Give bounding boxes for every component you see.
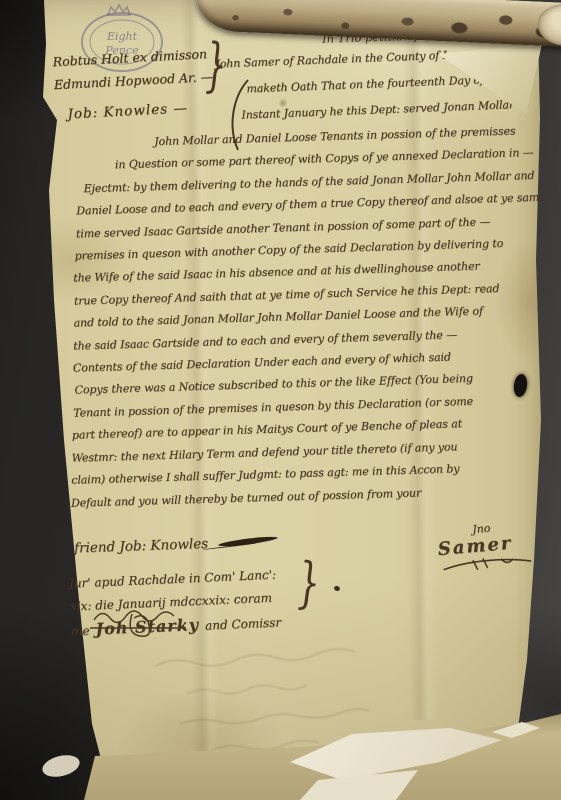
affidavit-body: John Mollar and Daniel Loose Tenants in … xyxy=(58,120,555,515)
jurat-brace: } xyxy=(297,553,320,615)
signature-scribble-flourish xyxy=(88,610,198,640)
underline-flourish xyxy=(217,535,279,548)
roll-end-cap xyxy=(537,3,561,48)
lessor-line: Edmundi Hopwood Ar. — xyxy=(54,69,214,92)
jurat-suffix: and Comissr xyxy=(205,615,282,632)
case-title-block: Robtus Holt ex dimisson Edmundi Hopwood … xyxy=(52,46,215,123)
deponent-signature: Jno Samer xyxy=(436,518,536,580)
manuscript-photograph: Eight Pence In Trio petitid apud Westmd.… xyxy=(0,0,561,800)
stamp-text-line1: Eight xyxy=(106,30,138,43)
